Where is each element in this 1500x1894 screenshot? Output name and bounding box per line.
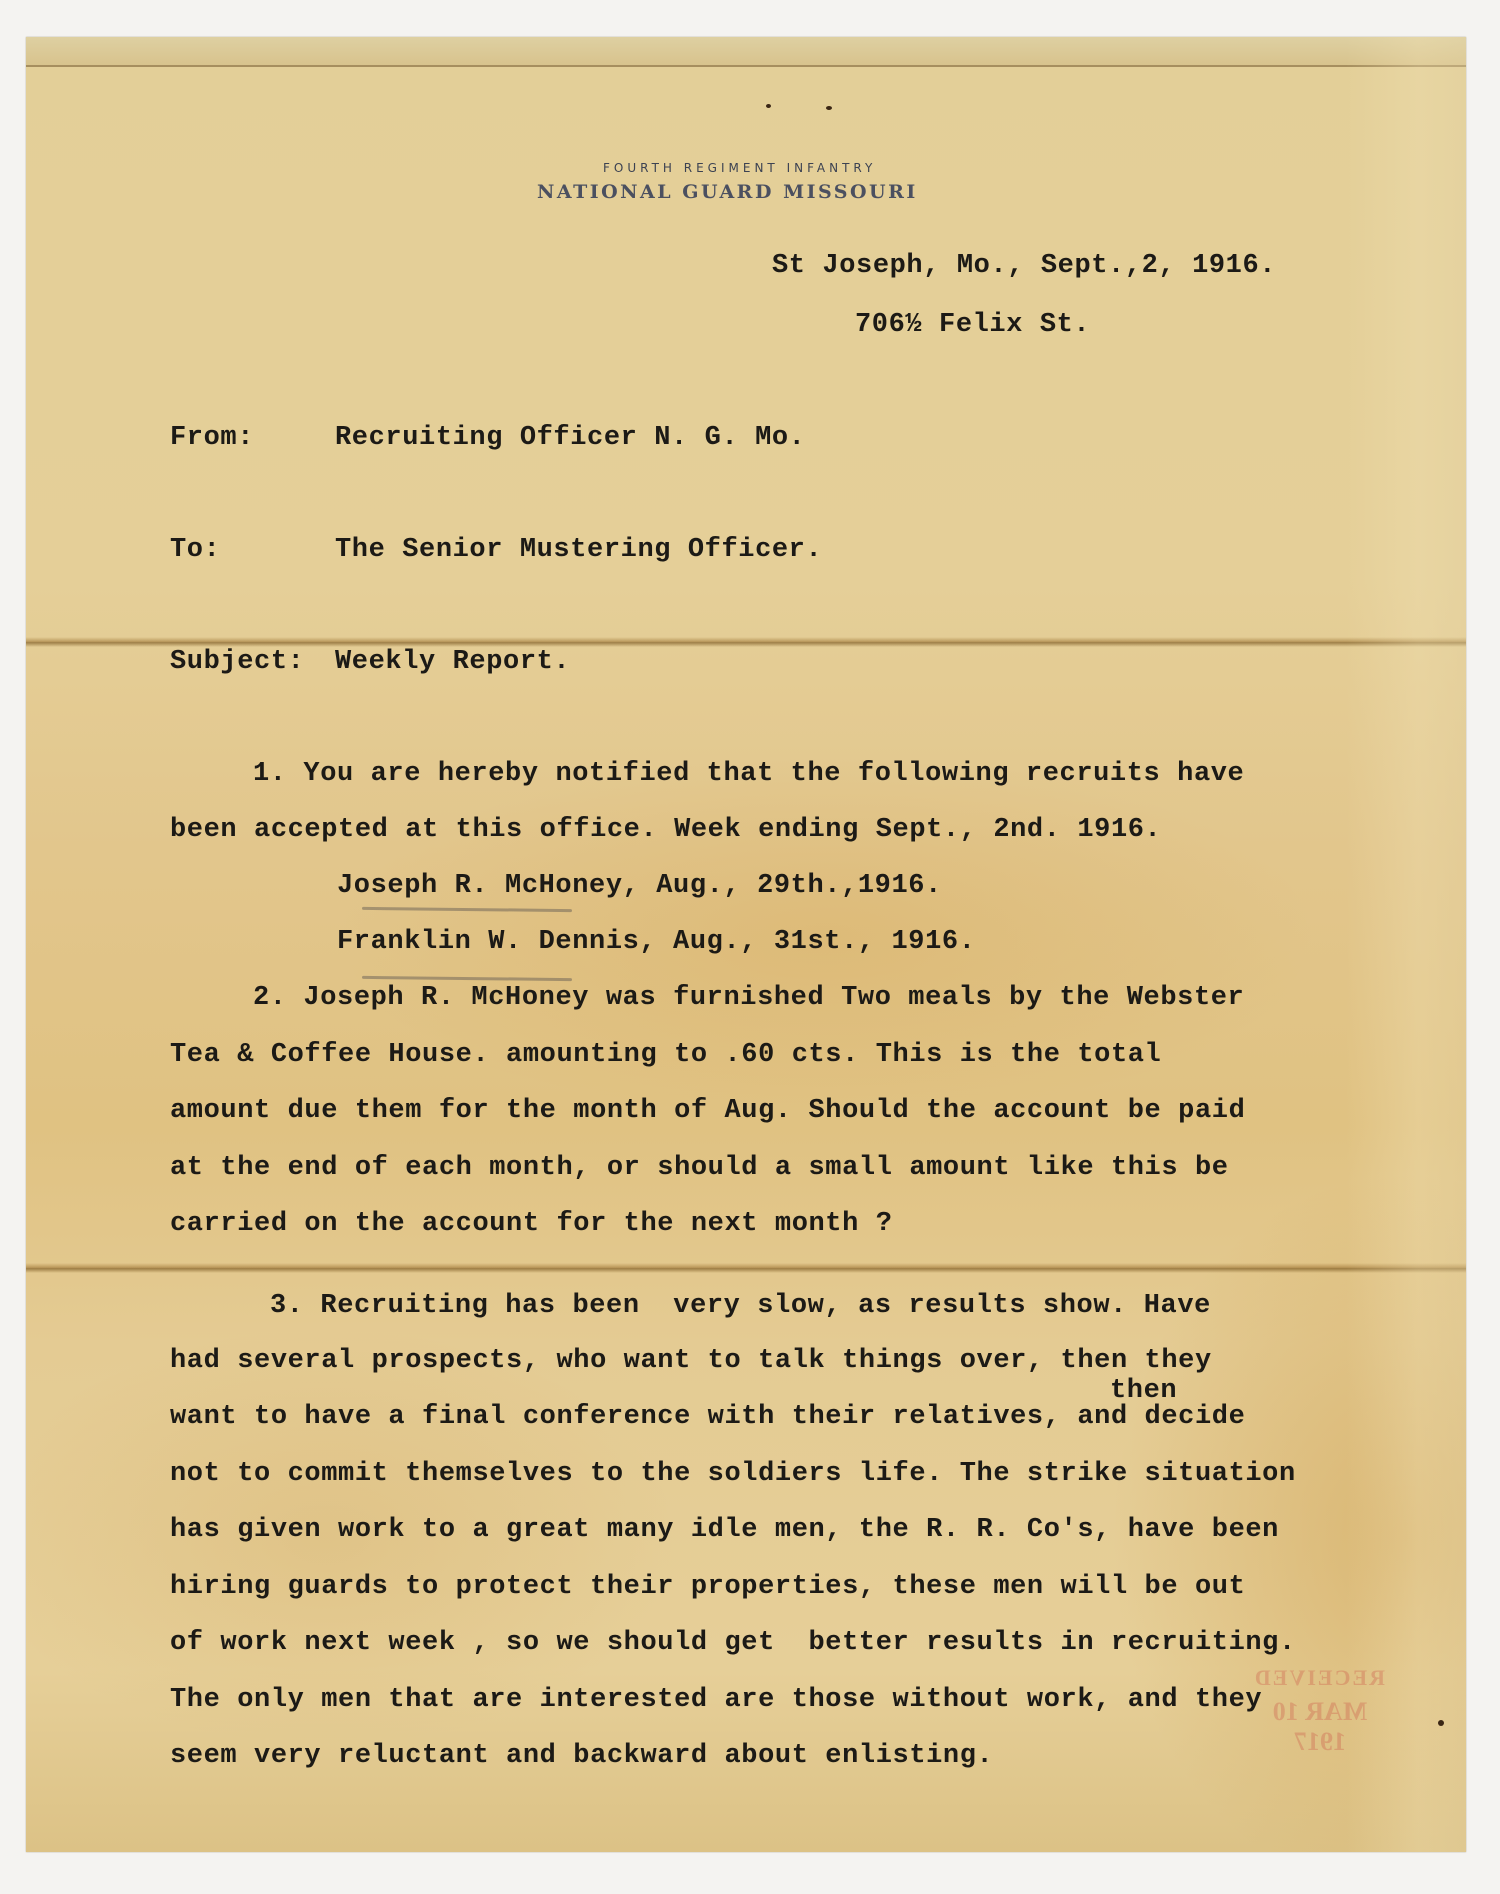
- paragraph-1-line: been accepted at this office. Week endin…: [170, 817, 1161, 844]
- paragraph-3-line: want to have a final conference with the…: [170, 1404, 1245, 1431]
- place-date: St Joseph, Mo., Sept.,2, 1916.: [772, 253, 1276, 280]
- paragraph-3-line: of work next week , so we should get bet…: [170, 1630, 1296, 1657]
- paragraph-3-line: 3. Recruiting has been very slow, as res…: [270, 1293, 1211, 1320]
- fold-line-lower: [26, 1263, 1466, 1273]
- paragraph-3-line: hiring guards to protect their propertie…: [170, 1574, 1245, 1601]
- paragraph-3-line: not to commit themselves to the soldiers…: [170, 1461, 1296, 1488]
- paper-blemish: [826, 106, 832, 110]
- letterhead-regiment: FOURTH REGIMENT INFANTRY: [603, 161, 876, 175]
- street-address: 706½ Felix St.: [855, 312, 1090, 339]
- received-stamp: RECEIVED MAR 10 1917: [1255, 1555, 1385, 1757]
- received-stamp-date: MAR 10 1917: [1255, 1697, 1385, 1757]
- recruit-entry: Franklin W. Dennis, Aug., 31st., 1916.: [337, 929, 976, 956]
- paragraph-2-line: at the end of each month, or should a sm…: [170, 1155, 1229, 1182]
- to-value: The Senior Mustering Officer.: [335, 537, 822, 564]
- paragraph-2-line: amount due them for the month of Aug. Sh…: [170, 1098, 1245, 1125]
- recruit-entry: Joseph R. McHoney, Aug., 29th.,1916.: [337, 873, 942, 900]
- paragraph-2-line: carried on the account for the next mont…: [170, 1211, 893, 1238]
- subject-value: Weekly Report.: [335, 649, 570, 676]
- typed-insertion: then: [1110, 1378, 1177, 1405]
- subject-label: Subject:: [170, 649, 304, 676]
- paragraph-2-line: 2. Joseph R. McHoney was furnished Two m…: [253, 985, 1244, 1012]
- paragraph-1-line: 1. You are hereby notified that the foll…: [253, 761, 1244, 788]
- letterhead-organization: NATIONAL GUARD MISSOURI: [537, 181, 918, 203]
- paragraph-3-line: The only men that are interested are tho…: [170, 1687, 1262, 1714]
- paragraph-2-line: Tea & Coffee House. amounting to .60 cts…: [170, 1042, 1161, 1069]
- paragraph-3-line: has given work to a great many idle men,…: [170, 1517, 1279, 1544]
- fold-line-upper: [26, 637, 1466, 647]
- paragraph-3-line: had several prospects, who want to talk …: [170, 1348, 1212, 1375]
- from-value: Recruiting Officer N. G. Mo.: [335, 425, 805, 452]
- paragraph-3-line: seem very reluctant and backward about e…: [170, 1743, 993, 1770]
- received-stamp-label: RECEIVED: [1255, 1665, 1385, 1691]
- paper-blemish: [766, 104, 771, 108]
- top-fold-flap: [26, 37, 1466, 67]
- to-label: To:: [170, 537, 220, 564]
- paper-blemish: [1438, 1720, 1444, 1726]
- from-label: From:: [170, 425, 254, 452]
